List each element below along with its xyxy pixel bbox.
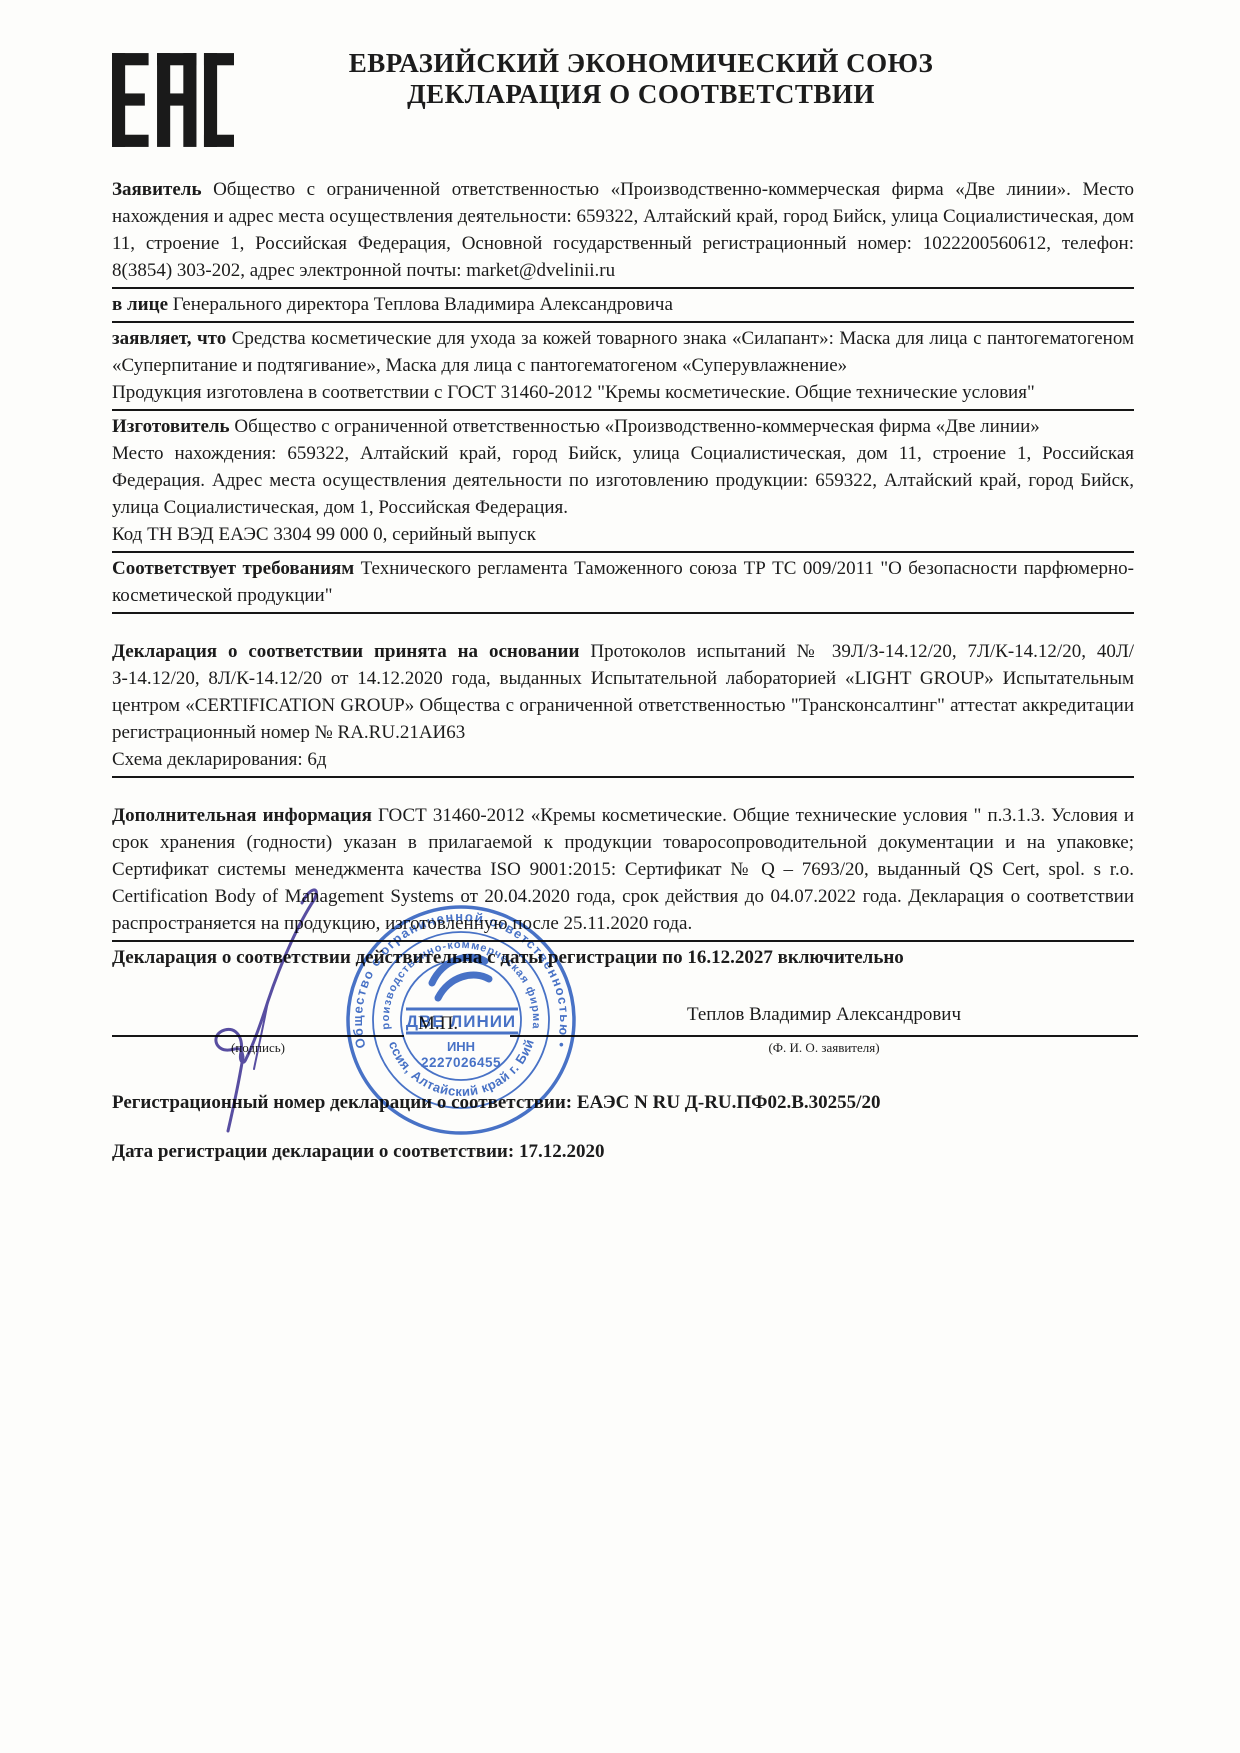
signature-line: [112, 1035, 404, 1037]
applicant-text: Общество с ограниченной ответственностью…: [112, 179, 1134, 281]
basis-lead: Декларация о соответствии принята на осн…: [112, 641, 579, 662]
declares-text: Средства косметические для ухода за коже…: [112, 328, 1134, 376]
in-person-text: Генерального директора Теплова Владимира…: [173, 294, 673, 315]
title-declaration: ДЕКЛАРАЦИЯ О СООТВЕТСТВИИ: [234, 79, 1048, 110]
signature-line-block: (подпись): [112, 1035, 404, 1056]
manufacturer-lead: Изготовитель: [112, 416, 230, 437]
signature-caption: (подпись): [112, 1039, 404, 1056]
section-divider: [112, 940, 1134, 942]
conforms-paragraph: Соответствует требованиям Технического р…: [112, 555, 1134, 609]
production-standard-paragraph: Продукция изготовлена в соответствии с Г…: [112, 379, 1134, 406]
eac-logo-icon: [112, 52, 234, 148]
section-divider: [112, 776, 1134, 778]
additional-info-paragraph: Дополнительная информация ГОСТ 31460-201…: [112, 802, 1134, 937]
registration-date-line: Дата регистрации декларации о соответств…: [112, 1138, 1134, 1165]
stamp-place-label: М.П.: [418, 1013, 458, 1035]
declares-paragraph: заявляет, что Средства косметические для…: [112, 325, 1134, 379]
registration-number-line: Регистрационный номер декларации о соотв…: [112, 1089, 1134, 1116]
document-header: ЕВРАЗИЙСКИЙ ЭКОНОМИЧЕСКИЙ СОЮЗ ДЕКЛАРАЦИ…: [112, 42, 1134, 148]
section-divider: [112, 409, 1134, 411]
in-person-paragraph: в лице Генерального директора Теплова Вл…: [112, 291, 1134, 318]
applicant-name-caption: (Ф. И. О. заявителя): [510, 1039, 1138, 1056]
manufacturer-paragraph: Изготовитель Общество с ограниченной отв…: [112, 413, 1134, 440]
declaration-scheme-line: Схема декларирования: 6д: [112, 746, 1134, 773]
basis-paragraph: Декларация о соответствии принята на осн…: [112, 638, 1134, 746]
applicant-lead: Заявитель: [112, 179, 202, 200]
in-person-lead: в лице: [112, 294, 168, 315]
section-divider: [112, 612, 1134, 614]
conforms-lead: Соответствует требованиям: [112, 558, 354, 579]
document-title: ЕВРАЗИЙСКИЙ ЭКОНОМИЧЕСКИЙ СОЮЗ ДЕКЛАРАЦИ…: [234, 48, 1134, 110]
declares-lead: заявляет, что: [112, 328, 226, 349]
signature-area: Общество с ограниченной ответственностью…: [112, 971, 1134, 1077]
manufacturer-address: Место нахождения: 659322, Алтайский край…: [112, 440, 1134, 521]
applicant-paragraph: Заявитель Общество с ограниченной ответс…: [112, 176, 1134, 284]
stamp-inn-label: ИНН: [447, 1039, 475, 1054]
customs-code-line: Код ТН ВЭД ЕАЭС 3304 99 000 0, серийный …: [112, 521, 1134, 548]
declaration-document: ЕВРАЗИЙСКИЙ ЭКОНОМИЧЕСКИЙ СОЮЗ ДЕКЛАРАЦИ…: [0, 0, 1240, 1753]
stamp-inn-number: 2227026455: [421, 1055, 501, 1070]
section-divider: [112, 287, 1134, 289]
additional-info-lead: Дополнительная информация: [112, 805, 372, 826]
section-divider: [112, 551, 1134, 553]
section-divider: [112, 321, 1134, 323]
manufacturer-text: Общество с ограниченной ответственностью…: [234, 416, 1039, 437]
applicant-full-name: Теплов Владимир Александрович: [510, 1003, 1138, 1037]
document-body: Заявитель Общество с ограниченной ответс…: [112, 176, 1134, 1165]
title-union: ЕВРАЗИЙСКИЙ ЭКОНОМИЧЕСКИЙ СОЮЗ: [234, 48, 1048, 79]
validity-line: Декларация о соответствии действительна …: [112, 944, 1134, 971]
applicant-name-block: Теплов Владимир Александрович (Ф. И. О. …: [510, 1003, 1138, 1056]
